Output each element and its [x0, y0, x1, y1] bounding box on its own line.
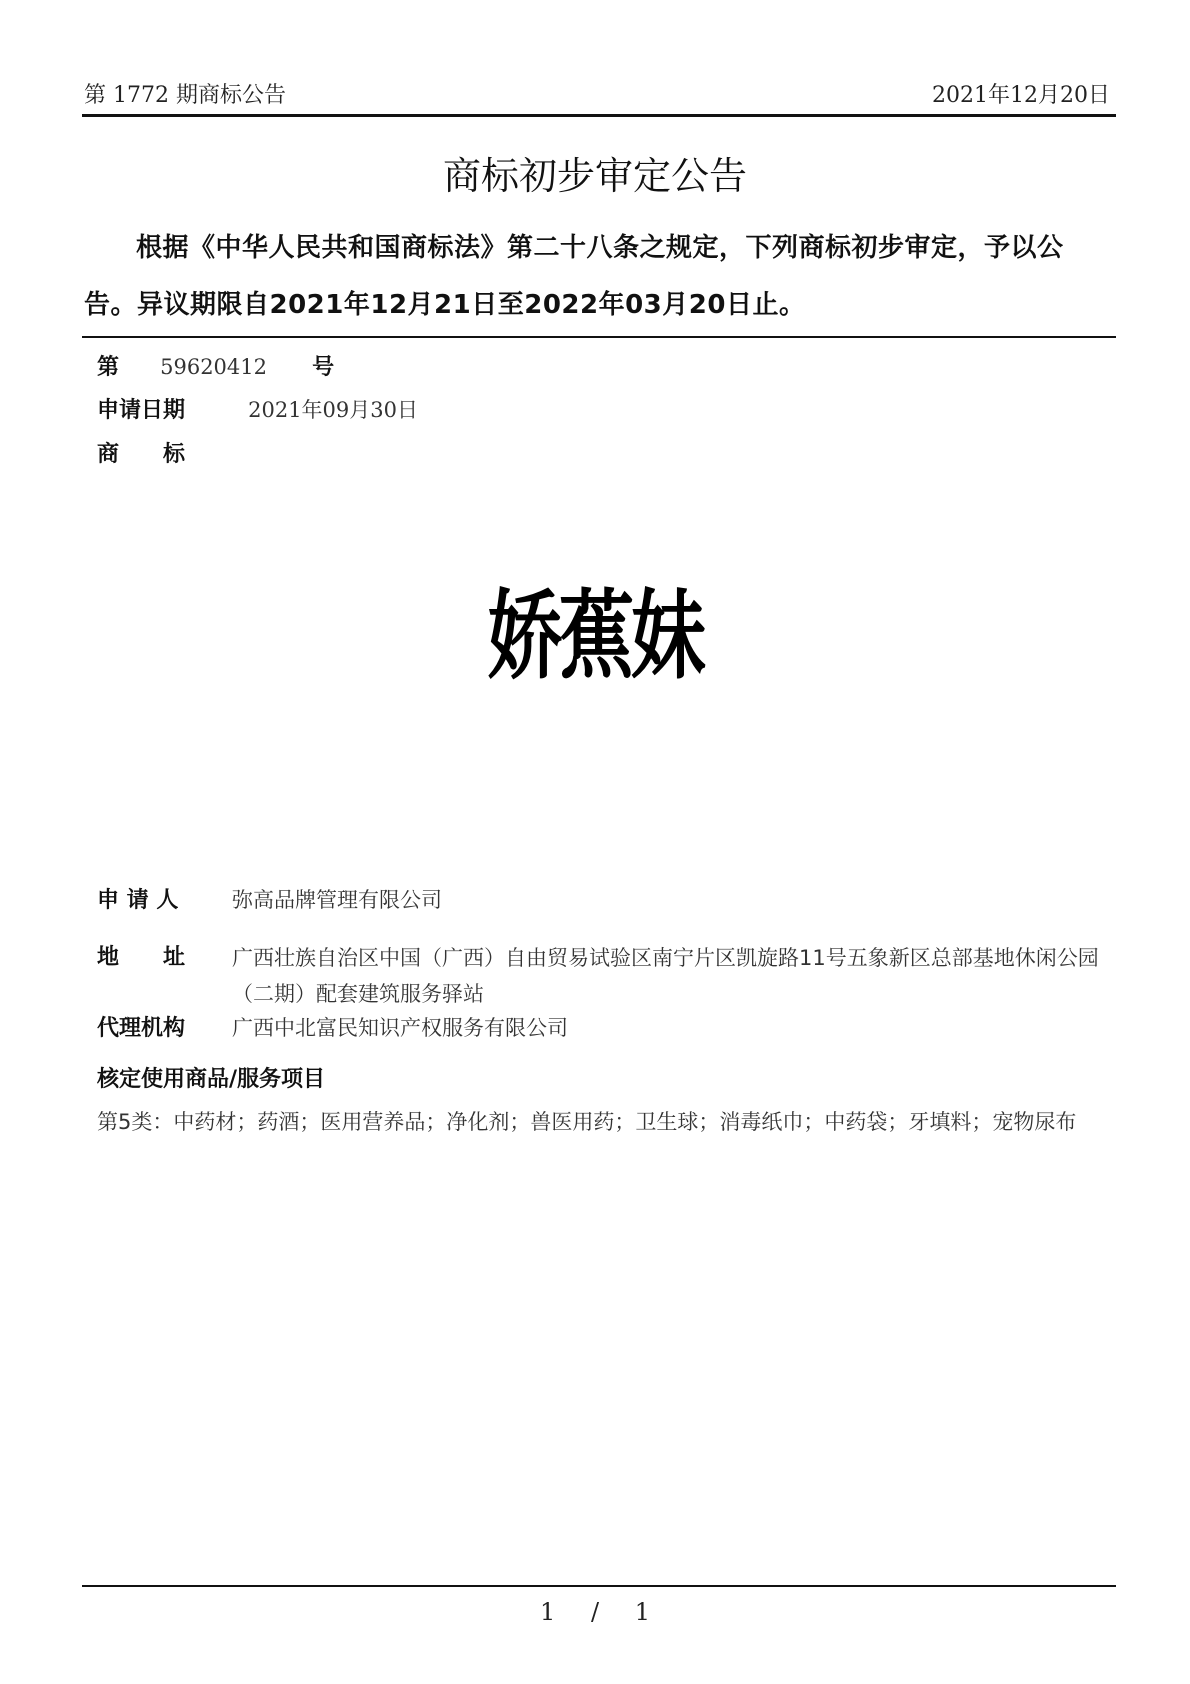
- page-indicator: 1 / 1: [0, 1598, 1190, 1626]
- number-suffix-label: 号: [312, 355, 334, 380]
- page-title: 商标初步审定公告: [0, 145, 1190, 200]
- applicant-label: 申 请 人: [97, 888, 178, 913]
- application-date: 2021年09月30日: [248, 398, 418, 422]
- applicant-name: 弥高品牌管理有限公司: [232, 884, 442, 914]
- footer-divider: [82, 1585, 1116, 1587]
- trademark-image: 娇蕉妹: [131, 560, 1059, 697]
- application-date-label: 申请日期: [97, 398, 185, 423]
- registration-number-row: 第 59620412 号: [97, 350, 334, 381]
- header-divider: [82, 114, 1116, 117]
- agent-name: 广西中北富民知识产权服务有限公司: [232, 1012, 568, 1042]
- agent-label: 代理机构: [97, 1011, 185, 1042]
- publication-date: 2021年12月20日: [932, 78, 1110, 109]
- registration-number: 59620412: [160, 355, 267, 379]
- intro-paragraph: 根据《中华人民共和国商标法》第二十八条之规定，下列商标初步审定，予以公告。异议期…: [84, 220, 1114, 334]
- address-label: 地 址: [97, 940, 185, 971]
- applicant-row: 申 请 人: [97, 883, 178, 914]
- mark-label-row: 商 标: [97, 437, 185, 468]
- number-prefix-label: 第: [97, 355, 119, 380]
- goods-services-list: 第5类：中药材；药酒；医用营养品；净化剂；兽医用药；卫生球；消毒纸巾；中药袋；牙…: [97, 1104, 1115, 1140]
- page-current: 1: [540, 1598, 555, 1626]
- address-value: 广西壮族自治区中国（广西）自由贸易试验区南宁片区凯旋路11号五象新区总部基地休闲…: [232, 940, 1112, 1012]
- application-date-row: 申请日期 2021年09月30日: [97, 393, 418, 424]
- page-total: 1: [635, 1598, 650, 1626]
- page-separator: /: [591, 1598, 599, 1626]
- mark-label: 商 标: [97, 442, 185, 467]
- issue-number: 第 1772 期商标公告: [84, 78, 286, 109]
- goods-services-label: 核定使用商品/服务项目: [97, 1062, 325, 1093]
- section-divider: [82, 336, 1116, 338]
